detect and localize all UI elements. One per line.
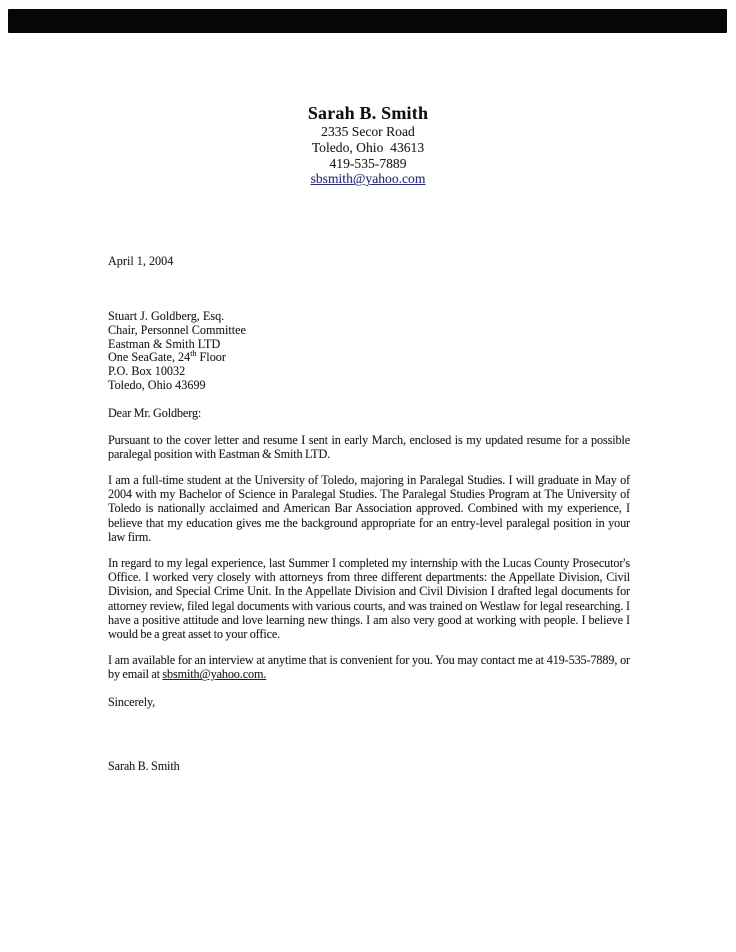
scan-artifact-bar: [8, 9, 727, 33]
paragraph-1: Pursuant to the cover letter and resume …: [108, 433, 630, 461]
paragraph-4: I am available for an interview at anyti…: [108, 653, 630, 681]
sender-name: Sarah B. Smith: [0, 102, 736, 124]
recipient-block: Stuart J. Goldberg, Esq. Chair, Personne…: [108, 310, 246, 393]
salutation: Dear Mr. Goldberg:: [108, 406, 630, 420]
letter-body: Dear Mr. Goldberg: Pursuant to the cover…: [108, 406, 630, 773]
recipient-street-pre: One SeaGate, 24: [108, 350, 190, 364]
sender-street-address: 2335 Secor Road: [0, 124, 736, 140]
signature-name: Sarah B. Smith: [108, 759, 630, 773]
recipient-name: Stuart J. Goldberg, Esq.: [108, 310, 246, 324]
recipient-city-line: Toledo, Ohio 43699: [108, 379, 246, 393]
sender-phone: 419-535-7889: [0, 156, 736, 172]
recipient-po-box: P.O. Box 10032: [108, 365, 246, 379]
closing: Sincerely,: [108, 695, 630, 709]
inline-email-link[interactable]: sbsmith@yahoo.com.: [162, 667, 266, 681]
paragraph-2: I am a full-time student at the Universi…: [108, 473, 630, 543]
sender-city-line: Toledo, Ohio 43613: [0, 140, 736, 156]
recipient-title: Chair, Personnel Committee: [108, 324, 246, 338]
letterhead: Sarah B. Smith 2335 Secor Road Toledo, O…: [0, 102, 736, 187]
sender-email-row: sbsmith@yahoo.com: [0, 171, 736, 187]
scanned-letter-page: Sarah B. Smith 2335 Secor Road Toledo, O…: [0, 0, 736, 952]
recipient-street-line: One SeaGate, 24th Floor: [108, 351, 246, 365]
paragraph-3: In regard to my legal experience, last S…: [108, 556, 630, 641]
sender-email-link[interactable]: sbsmith@yahoo.com: [311, 171, 426, 186]
recipient-street-post: Floor: [196, 350, 225, 364]
letter-date: April 1, 2004: [108, 254, 173, 268]
